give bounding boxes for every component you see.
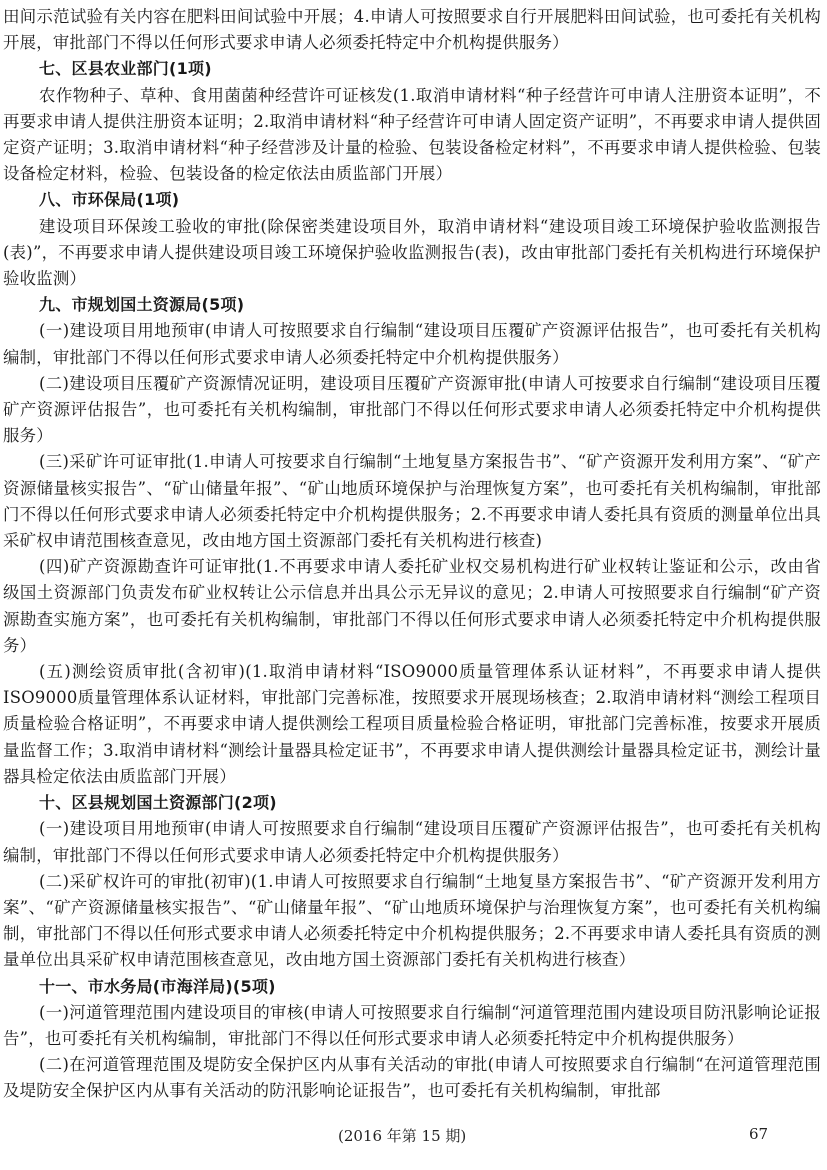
paragraph: 建设项目环保竣工验收的审批(除保密类建设项目外，取消申请材料“建设项目竣工环境保…: [3, 214, 821, 293]
paragraph: (一)建设项目用地预审(申请人可按照要求自行编制“建设项目压覆矿产资源评估报告”…: [3, 816, 821, 868]
page-footer: (2016 年第 15 期) 67: [0, 1125, 827, 1149]
paragraph: (一)建设项目用地预审(申请人可按照要求自行编制“建设项目压覆矿产资源评估报告”…: [3, 318, 821, 370]
section-heading-district-planning-land: 十、区县规划国土资源部门(2项): [3, 790, 821, 816]
page-number: 67: [749, 1125, 768, 1143]
section-heading-city-environment: 八、市环保局(1项): [3, 187, 821, 213]
section-heading-city-planning-land: 九、市规划国土资源局(5项): [3, 292, 821, 318]
section-heading-city-water-affairs: 十一、市水务局(市海洋局)(5项): [3, 974, 821, 1000]
paragraph: (三)采矿许可证审批(1.申请人可按要求自行编制“土地复垦方案报告书”、“矿产资…: [3, 449, 821, 554]
paragraph: 农作物种子、草种、食用菌菌种经营许可证核发(1.取消申请材料“种子经营许可申请人…: [3, 83, 821, 188]
paragraph: (四)矿产资源勘查许可证审批(1.不再要求申请人委托矿业权交易机构进行矿业权转让…: [3, 554, 821, 659]
document-body: 田间示范试验有关内容在肥料田间试验中开展；4.申请人可按照要求自行开展肥料田间试…: [3, 4, 821, 1105]
paragraph: (二)建设项目压覆矿产资源情况证明，建设项目压覆矿产资源审批(申请人可按要求自行…: [3, 371, 821, 450]
paragraph: (五)测绘资质审批(含初审)(1.取消申请材料“ISO9000质量管理体系认证材…: [3, 659, 821, 790]
paragraph: (二)采矿权许可的审批(初审)(1.申请人可按照要求自行编制“土地复垦方案报告书…: [3, 869, 821, 974]
issue-label: (2016 年第 15 期): [338, 1125, 466, 1146]
paragraph: (一)河道管理范围内建设项目的审核(申请人可按照要求自行编制“河道管理范围内建设…: [3, 1000, 821, 1052]
section-heading-district-agriculture: 七、区县农业部门(1项): [3, 56, 821, 82]
paragraph: (二)在河道管理范围及堤防安全保护区内从事有关活动的审批(申请人可按照要求自行编…: [3, 1052, 821, 1104]
paragraph-continuation: 田间示范试验有关内容在肥料田间试验中开展；4.申请人可按照要求自行开展肥料田间试…: [3, 4, 821, 56]
